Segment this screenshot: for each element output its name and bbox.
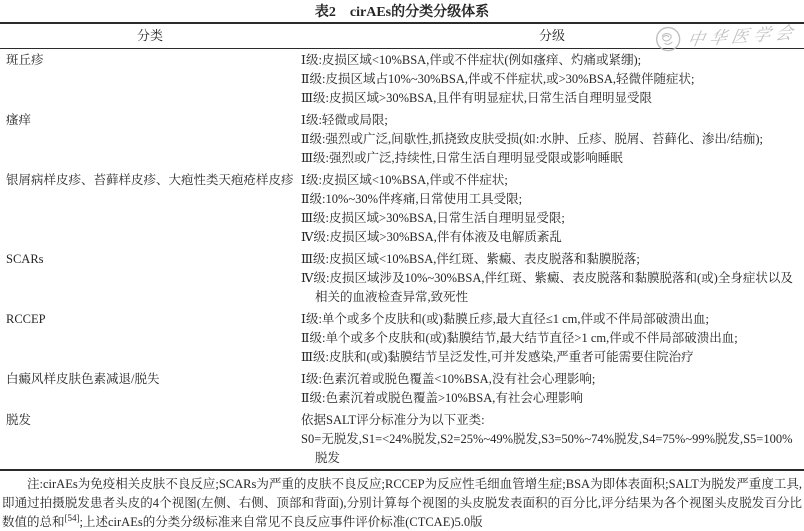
table-row: 脱发 依据SALT评分标准分为以下亚类: S0=无脱发,S1=<24%脱发,S2… bbox=[0, 409, 804, 470]
grade-line: 依据SALT评分标准分为以下亚类: bbox=[301, 411, 796, 430]
grade-line: Ⅱ级:皮损区域占10%~30%BSA,伴或不伴症状,或>30%BSA,轻微伴随症… bbox=[301, 70, 796, 89]
table-header-row: 分类 分级 bbox=[0, 23, 804, 49]
table-row: 银屑病样皮疹、苔藓样皮疹、大疱性类天疱疮样皮疹 Ⅰ级:皮损区域<10%BSA,伴… bbox=[0, 169, 804, 248]
grading-cell: Ⅰ级:轻微或局限; Ⅱ级:强烈或广泛,间歇性,抓挠致皮肤受损(如:水肿、丘疹、脱… bbox=[300, 109, 804, 169]
grade-line: Ⅱ级:10%~30%伴疼痛,日常使用工具受限; bbox=[301, 190, 796, 209]
grade-line: Ⅲ级:皮损区域>30%BSA,且伴有明显症状,日常生活自理明显受限 bbox=[301, 89, 796, 108]
category-cell: 瘙痒 bbox=[0, 109, 300, 169]
category-cell: 白癜风样皮肤色素减退/脱失 bbox=[0, 368, 300, 409]
table-footnote: 注:cirAEs为免疫相关皮肤不良反应;SCARs为严重的皮肤不良反应;RCCE… bbox=[0, 475, 804, 531]
grading-cell: Ⅲ级:皮损区域<10%BSA,伴红斑、紫癜、表皮脱落和黏膜脱落; Ⅳ级:皮损区域… bbox=[300, 248, 804, 308]
document-page: 表2 cirAEs的分类分级体系 中华医学会 分类 分级 斑丘疹 Ⅰ级:皮损区域… bbox=[0, 0, 804, 531]
footnote-text: ;上述cirAEs的分类分级标准来自常见不良反应事件评价标准(CTCAE)5.0… bbox=[80, 515, 483, 529]
grade-line: Ⅰ级:皮损区域<10%BSA,伴或不伴症状; bbox=[301, 171, 796, 190]
grading-cell: Ⅰ级:色素沉着或脱色覆盖<10%BSA,没有社会心理影响; Ⅱ级:色素沉着或脱色… bbox=[300, 368, 804, 409]
grading-cell: Ⅰ级:皮损区域<10%BSA,伴或不伴症状; Ⅱ级:10%~30%伴疼痛,日常使… bbox=[300, 169, 804, 248]
table-row: 瘙痒 Ⅰ级:轻微或局限; Ⅱ级:强烈或广泛,间歇性,抓挠致皮肤受损(如:水肿、丘… bbox=[0, 109, 804, 169]
table-row: SCARs Ⅲ级:皮损区域<10%BSA,伴红斑、紫癜、表皮脱落和黏膜脱落; Ⅳ… bbox=[0, 248, 804, 308]
table-row: RCCEP Ⅰ级:单个或多个皮肤和(或)黏膜丘疹,最大直径≤1 cm,伴或不伴局… bbox=[0, 308, 804, 368]
grading-cell: Ⅰ级:皮损区域<10%BSA,伴或不伴症状(例如瘙痒、灼痛或紧绷); Ⅱ级:皮损… bbox=[300, 49, 804, 110]
table-row: 斑丘疹 Ⅰ级:皮损区域<10%BSA,伴或不伴症状(例如瘙痒、灼痛或紧绷); Ⅱ… bbox=[0, 49, 804, 110]
grade-line: Ⅱ级:强烈或广泛,间歇性,抓挠致皮肤受损(如:水肿、丘疹、脱屑、苔藓化、渗出/结… bbox=[301, 130, 796, 149]
category-cell: SCARs bbox=[0, 248, 300, 308]
column-header-category: 分类 bbox=[0, 23, 300, 49]
grade-line: Ⅳ级:皮损区域涉及10%~30%BSA,伴红斑、紫癜、表皮脱落和黏膜脱落和(或)… bbox=[301, 269, 796, 307]
footnote-reference-number: [54] bbox=[65, 513, 80, 523]
grade-line: Ⅰ级:单个或多个皮肤和(或)黏膜丘疹,最大直径≤1 cm,伴或不伴局部破溃出血; bbox=[301, 310, 796, 329]
grade-line: Ⅲ级:皮肤和(或)黏膜结节呈泛发性,可并发感染,严重者可能需要住院治疗 bbox=[301, 348, 796, 367]
category-cell: 脱发 bbox=[0, 409, 300, 470]
grade-line: Ⅰ级:轻微或局限; bbox=[301, 111, 796, 130]
page-title: 表2 cirAEs的分类分级体系 bbox=[0, 0, 804, 22]
grade-line: Ⅳ级:皮损区域>30%BSA,伴有体液及电解质紊乱 bbox=[301, 228, 796, 247]
column-header-grading: 分级 bbox=[300, 23, 804, 49]
grade-line: Ⅱ级:单个或多个皮肤和(或)黏膜结节,最大结节直径>1 cm,伴或不伴局部破溃出… bbox=[301, 329, 796, 348]
ciraes-grading-table: 分类 分级 斑丘疹 Ⅰ级:皮损区域<10%BSA,伴或不伴症状(例如瘙痒、灼痛或… bbox=[0, 22, 804, 471]
category-cell: 银屑病样皮疹、苔藓样皮疹、大疱性类天疱疮样皮疹 bbox=[0, 169, 300, 248]
grade-line: Ⅲ级:皮损区域>30%BSA,日常生活自理明显受限; bbox=[301, 209, 796, 228]
grade-line: Ⅰ级:皮损区域<10%BSA,伴或不伴症状(例如瘙痒、灼痛或紧绷); bbox=[301, 51, 796, 70]
grade-line: S0=无脱发,S1=<24%脱发,S2=25%~49%脱发,S3=50%~74%… bbox=[301, 430, 796, 468]
grade-line: Ⅰ级:色素沉着或脱色覆盖<10%BSA,没有社会心理影响; bbox=[301, 370, 796, 389]
grade-line: Ⅲ级:皮损区域<10%BSA,伴红斑、紫癜、表皮脱落和黏膜脱落; bbox=[301, 250, 796, 269]
grading-cell: 依据SALT评分标准分为以下亚类: S0=无脱发,S1=<24%脱发,S2=25… bbox=[300, 409, 804, 470]
grade-line: Ⅲ级:强烈或广泛,持续性,日常生活自理明显受限或影响睡眠 bbox=[301, 149, 796, 168]
category-cell: 斑丘疹 bbox=[0, 49, 300, 110]
grade-line: Ⅱ级:色素沉着或脱色覆盖>10%BSA,有社会心理影响 bbox=[301, 389, 796, 408]
table-row: 白癜风样皮肤色素减退/脱失 Ⅰ级:色素沉着或脱色覆盖<10%BSA,没有社会心理… bbox=[0, 368, 804, 409]
grading-cell: Ⅰ级:单个或多个皮肤和(或)黏膜丘疹,最大直径≤1 cm,伴或不伴局部破溃出血;… bbox=[300, 308, 804, 368]
category-cell: RCCEP bbox=[0, 308, 300, 368]
